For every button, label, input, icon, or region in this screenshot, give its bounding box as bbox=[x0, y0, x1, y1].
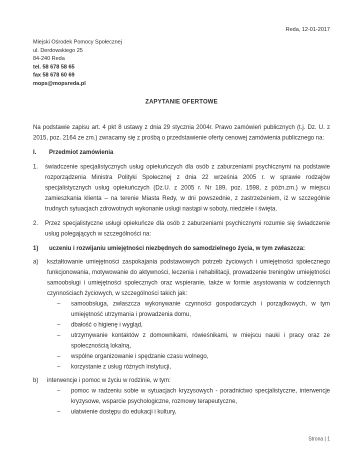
list-item-2: 2. Przez specjalistyczne usługi opiekuńc… bbox=[33, 218, 330, 239]
bullet-item: – utrzymywanie kontaktów z domownikami, … bbox=[57, 330, 330, 351]
sub-point-1a: a) kształtowanie umiejętności zaspokajan… bbox=[33, 257, 330, 299]
section-number: I. bbox=[33, 147, 49, 158]
dash-icon: – bbox=[57, 330, 71, 341]
bullet-item-text: ułatwienie dostępu do edukacji i kultury… bbox=[71, 407, 330, 418]
list-item-1-number: 1. bbox=[33, 162, 45, 173]
bullet-item-text: dbałość o higienę i wygląd, bbox=[71, 320, 330, 331]
intro-paragraph: Na podstawie zapisu art. 4 pkt 8 ustawy … bbox=[33, 122, 330, 143]
dash-icon: – bbox=[57, 362, 71, 373]
list-item-2-text: Przez specjalistyczne usługi opiekuńcze … bbox=[45, 218, 330, 239]
bullet-item: – korzystanie z usług różnych instytucji… bbox=[57, 362, 330, 373]
sender-name: Miejski Ośrodek Pomocy Społecznej bbox=[33, 38, 330, 46]
page-number: Strona | 1 bbox=[308, 434, 330, 445]
bullet-item: – wspólne organizowanie i spędzanie czas… bbox=[57, 351, 330, 362]
sender-email: mops@mopsreda.pl bbox=[33, 79, 330, 87]
bullet-item-text: samoobsługa, zwłaszcza wykonywanie czynn… bbox=[71, 299, 330, 320]
bullet-item-text: wspólne organizowanie i spędzanie czasu … bbox=[71, 351, 330, 362]
dash-icon: – bbox=[57, 407, 71, 418]
dash-icon: – bbox=[57, 386, 71, 397]
document-title: ZAPYTANIE OFERTOWE bbox=[33, 97, 330, 108]
bullet-item-text: korzystanie z usług różnych instytucji, bbox=[71, 362, 330, 373]
sub-point-1-text: uczeniu i rozwijaniu umiejętności niezbę… bbox=[49, 243, 330, 254]
section-heading: I. Przedmiot zamówienia bbox=[33, 147, 330, 158]
sub-point-1: 1) uczeniu i rozwijaniu umiejętności nie… bbox=[33, 243, 330, 254]
sub-point-1a-text: kształtowanie umiejętności zaspokajania … bbox=[47, 257, 330, 299]
sender-phone: tel. 58 678 58 65 bbox=[33, 63, 330, 71]
bullet-item: – pomoc w radzeniu sobie w sytuacjach kr… bbox=[57, 386, 330, 407]
bullet-item: – dbałość o higienę i wygląd, bbox=[57, 320, 330, 331]
bullet-item-text: pomoc w radzeniu sobie w sytuacjach kryz… bbox=[71, 386, 330, 407]
sub-point-1-number: 1) bbox=[33, 243, 49, 254]
bullet-list-a: – samoobsługa, zwłaszcza wykonywanie czy… bbox=[33, 299, 330, 373]
dash-icon: – bbox=[57, 320, 71, 331]
sender-street: ul. Derdowskiego 25 bbox=[33, 46, 330, 54]
list-item-1: 1. świadczenie specjalistycznych usług o… bbox=[33, 162, 330, 215]
document-page: Reda, 12-01-2017 Miejski Ośrodek Pomocy … bbox=[0, 0, 360, 466]
sub-point-1b: b) interwencje i pomoc w życiu w rodzini… bbox=[33, 375, 330, 386]
sender-address-block: Miejski Ośrodek Pomocy Społecznej ul. De… bbox=[33, 38, 330, 88]
section-heading-label: Przedmiot zamówienia bbox=[49, 147, 330, 158]
bullet-list-b: – pomoc w radzeniu sobie w sytuacjach kr… bbox=[33, 386, 330, 418]
bullet-item: – ułatwienie dostępu do edukacji i kultu… bbox=[57, 407, 330, 418]
sender-fax: fax 58 678 60 69 bbox=[33, 71, 330, 79]
sub-point-1b-number: b) bbox=[33, 375, 47, 386]
dash-icon: – bbox=[57, 351, 71, 362]
list-item-1-text: świadczenie specjalistycznych usług opie… bbox=[45, 162, 330, 215]
date-line: Reda, 12-01-2017 bbox=[33, 26, 330, 33]
list-item-2-number: 2. bbox=[33, 218, 45, 229]
sender-postal-city: 84-240 Reda bbox=[33, 55, 330, 63]
sub-point-1a-number: a) bbox=[33, 257, 47, 268]
bullet-item: – samoobsługa, zwłaszcza wykonywanie czy… bbox=[57, 299, 330, 320]
page-scaler: Reda, 12-01-2017 Miejski Ośrodek Pomocy … bbox=[0, 0, 180, 466]
sub-point-1b-text: interwencje i pomoc w życiu w rodzinie, … bbox=[47, 375, 330, 386]
bullet-item-text: utrzymywanie kontaktów z domownikami, ró… bbox=[71, 330, 330, 351]
dash-icon: – bbox=[57, 299, 71, 310]
